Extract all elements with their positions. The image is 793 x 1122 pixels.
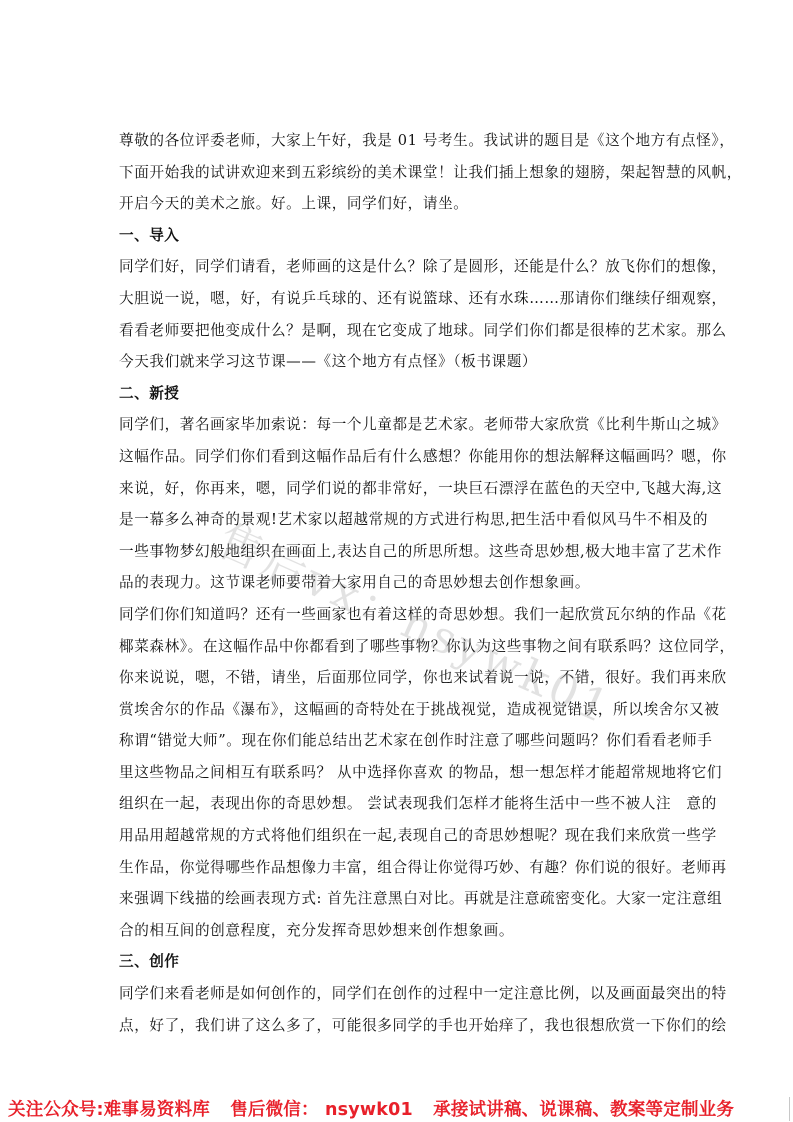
paragraph-line: 你来说说，嗯，不错，请坐，后面那位同学，你也来试着说一说，不错，很好。我们再来欣 — [119, 662, 679, 694]
document-body: 尊敬的各位评委老师，大家上午好，我是 01 号考生。我试讲的题目是《这个地方有点… — [119, 125, 679, 1041]
paragraph-line: 下面开始我的试讲欢迎来到五彩缤纷的美术课堂！让我们插上想象的翅膀，架起智慧的风帆… — [119, 157, 679, 189]
paragraph-line: 生作品，你觉得哪些作品想像力丰富，组合得让你觉得巧妙、有趣？你们说的很好。老师再 — [119, 852, 679, 884]
paragraph-line: 来强调下线描的绘画表现方式: 首先注意黑白对比。再就是注意疏密变化。大家一定注意… — [119, 883, 679, 915]
paragraph-line: 大胆说一说，嗯，好，有说乒乓球的、还有说篮球、还有水珠……那请你们继续仔细观察， — [119, 283, 679, 315]
paragraph-line: 来说，好，你再来，嗯，同学们说的都非常好，一块巨石漂浮在蓝色的天空中,飞越大海,… — [119, 473, 679, 505]
paragraph-line: 看看老师要把他变成什么？是啊，现在它变成了地球。同学们你们都是很棒的艺术家。那么 — [119, 315, 679, 347]
footer-wechat-account: 关注公众号:难事易资料库 — [8, 1100, 210, 1120]
section-heading-intro: 一、导入 — [119, 220, 679, 252]
footer-custom-service: 承接试讲稿、说课稿、教案等定制业务 — [433, 1100, 734, 1120]
paragraph-line: 品的表现力。这节课老师要带着大家用自己的奇思妙想去创作想象画。 — [119, 567, 679, 599]
footer-after-sales-wechat: 售后微信： nsywk01 — [230, 1100, 413, 1120]
footer-banner: 关注公众号:难事易资料库 售后微信： nsywk01 承接试讲稿、说课稿、教案等… — [8, 1096, 788, 1122]
document-page: 尊敬的各位评委老师，大家上午好，我是 01 号考生。我试讲的题目是《这个地方有点… — [0, 0, 793, 1122]
paragraph-line: 椰菜森林》。在这幅作品中你都看到了哪些事物？你认为这些事物之间有联系吗？这位同学… — [119, 631, 679, 663]
paragraph-line: 组织在一起，表现出你的奇思妙想。 尝试表现我们怎样才能将生活中一些不被人注 意的 — [119, 788, 679, 820]
paragraph-line: 开启今天的美术之旅。好。上课，同学们好，请坐。 — [119, 188, 679, 220]
paragraph-line: 今天我们就来学习这节课——《这个地方有点怪》（板书课题） — [119, 346, 679, 378]
paragraph-line: 里这些物品之间相互有联系吗？ 从中选择你喜欢 的物品，想一想怎样才能超常规地将它… — [119, 757, 679, 789]
paragraph-line: 一些事物梦幻般地组织在画面上,表达自己的所思所想。这些奇思妙想,极大地丰富了艺术… — [119, 536, 679, 568]
paragraph-line: 这幅作品。同学们你们看到这幅作品后有什么感想？你能用你的想法解释这幅画吗？嗯，你 — [119, 441, 679, 473]
footer-divider — [789, 1097, 790, 1121]
paragraph-line: 用品用超越常规的方式将他们组织在一起,表现自己的奇思妙想呢？现在我们来欣赏一些学 — [119, 820, 679, 852]
paragraph-line: 同学们好，同学们请看，老师画的这是什么？除了是圆形，还能是什么？放飞你们的想像， — [119, 251, 679, 283]
paragraph-line: 称谓“错觉大师”。现在你们能总结出艺术家在创作时注意了哪些问题吗？你们看看老师手 — [119, 725, 679, 757]
paragraph-line: 点，好了，我们讲了这么多了，可能很多同学的手也开始痒了，我也很想欣赏一下你们的绘 — [119, 1010, 679, 1042]
section-heading-new-lesson: 二、新授 — [119, 378, 679, 410]
paragraph-line: 同学们来看老师是如何创作的，同学们在创作的过程中一定注意比例，以及画面最突出的特 — [119, 978, 679, 1010]
section-heading-creation: 三、创作 — [119, 946, 679, 978]
paragraph-line: 赏埃舍尔的作品《瀑布》，这幅画的奇特处在于挑战视觉，造成视觉错误，所以埃舍尔又被 — [119, 694, 679, 726]
paragraph-line: 同学们你们知道吗？还有一些画家也有着这样的奇思妙想。我们一起欣赏瓦尔纳的作品《花 — [119, 599, 679, 631]
paragraph-line: 合的相互间的创意程度，充分发挥奇思妙想来创作想象画。 — [119, 915, 679, 947]
paragraph-line: 尊敬的各位评委老师，大家上午好，我是 01 号考生。我试讲的题目是《这个地方有点… — [119, 125, 679, 157]
paragraph-line: 是一幕多么神奇的景观!艺术家以超越常规的方式进行构思,把生活中看似风马牛不相及的 — [119, 504, 679, 536]
paragraph-line: 同学们，著名画家毕加索说：每一个儿童都是艺术家。老师带大家欣赏《比利牛斯山之城》 — [119, 409, 679, 441]
